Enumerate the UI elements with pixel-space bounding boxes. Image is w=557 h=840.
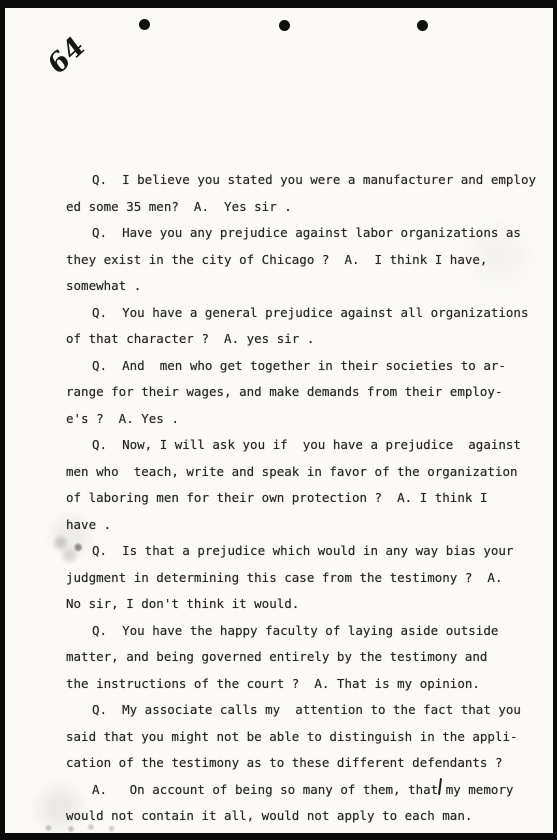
transcript-line: Q. You have the happy faculty of laying … [66,618,552,645]
binder-hole-dot-icon [417,20,428,31]
handwritten-page-number: 64 [43,30,91,82]
transcript-line: Q. Is that a prejudice which would in an… [66,538,552,565]
transcript-line: of that character ? A. yes sir . [66,326,552,353]
transcript-line: Q. And men who get together in their soc… [66,353,552,380]
transcript-line: Q. You have a general prejudice against … [66,300,552,327]
scanned-page: 64 Q. I believe you stated you were a ma… [0,0,557,840]
transcript-line: somewhat . [66,273,552,300]
transcript-line: cation of the testimony as to these diff… [66,750,552,777]
transcript-line: would not contain it all, would not appl… [66,803,552,830]
transcript-line: have . [66,512,552,539]
binder-hole-dot-icon [139,19,150,30]
transcript-line: Q. Have you any prejudice against labor … [66,220,552,247]
transcript-line: judgment in determining this case from t… [66,565,552,592]
transcript-line: Q. My associate calls my attention to th… [66,697,552,724]
transcript-line: ed some 35 men? A. Yes sir . [66,194,552,221]
transcript-line: men who teach, write and speak in favor … [66,459,552,486]
transcript-line: matter, and being governed entirely by t… [66,644,552,671]
pencil-smudge [35,823,125,833]
transcript-line: of laboring men for their own protection… [66,485,552,512]
transcript-line: range for their wages, and make demands … [66,379,552,406]
transcript-line: A. On account of being so many of them, … [66,777,552,804]
paper-sheet: 64 Q. I believe you stated you were a ma… [5,8,553,833]
transcript-line: Q. Now, I will ask you if you have a pre… [66,432,552,459]
ink-smudge [43,533,87,565]
transcript-line: they exist in the city of Chicago ? A. I… [66,247,552,274]
transcript-line: No sir, I don't think it would. [66,591,552,618]
transcript-line: said that you might not be able to disti… [66,724,552,751]
transcript-text-block: Q. I believe you stated you were a manuf… [66,167,552,830]
transcript-line: Q. I believe you stated you were a manuf… [66,167,552,194]
transcript-line: e's ? A. Yes . [66,406,552,433]
transcript-line: the instructions of the court ? A. That … [66,671,552,698]
binder-hole-dot-icon [279,20,290,31]
